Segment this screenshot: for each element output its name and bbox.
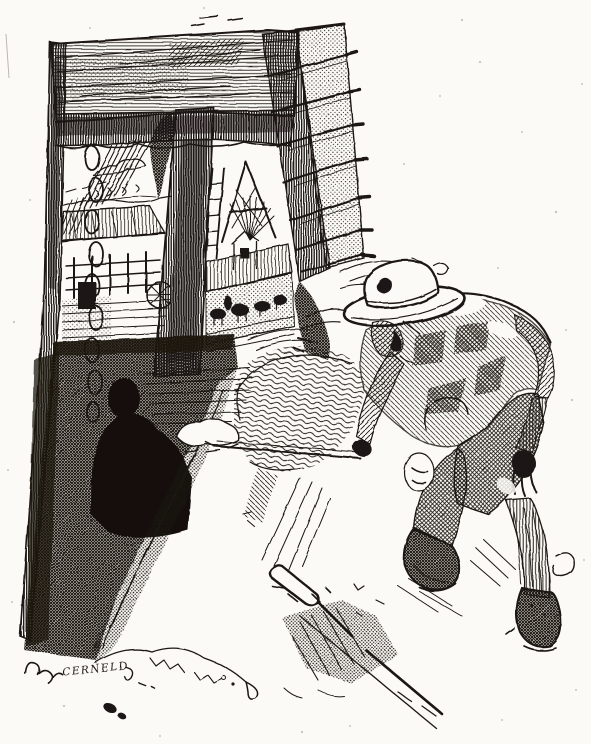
- illustration-plate: pen-and-ink book illustration A farmhand…: [0, 0, 591, 744]
- top-beam: [52, 16, 298, 122]
- shadow-corner: [24, 334, 252, 660]
- hay-strokes-under-arm: [262, 478, 330, 572]
- signature-text: CERÑELD: [62, 658, 129, 679]
- signature-flourish: [24, 659, 63, 685]
- margin-scratch: [6, 34, 9, 78]
- farmer-near-leg: [404, 448, 467, 591]
- rear-boot: [516, 588, 560, 647]
- signature-swash: [123, 664, 154, 691]
- scanned-book-page: pen-and-ink book illustration A farmhand…: [0, 0, 591, 744]
- illustration-canvas: pen-and-ink book illustration A farmhand…: [0, 0, 591, 744]
- clouds: [66, 160, 146, 198]
- thatched-cottage: [60, 206, 164, 242]
- ink-drawing: CERÑELD: [20, 16, 574, 728]
- hoist-frame: [222, 162, 276, 242]
- farmer: [337, 252, 561, 650]
- distant-hills: [62, 196, 172, 206]
- hay-bottom-edge: [96, 648, 258, 720]
- far-farmyard: [204, 162, 294, 352]
- foreground-field: [62, 296, 170, 342]
